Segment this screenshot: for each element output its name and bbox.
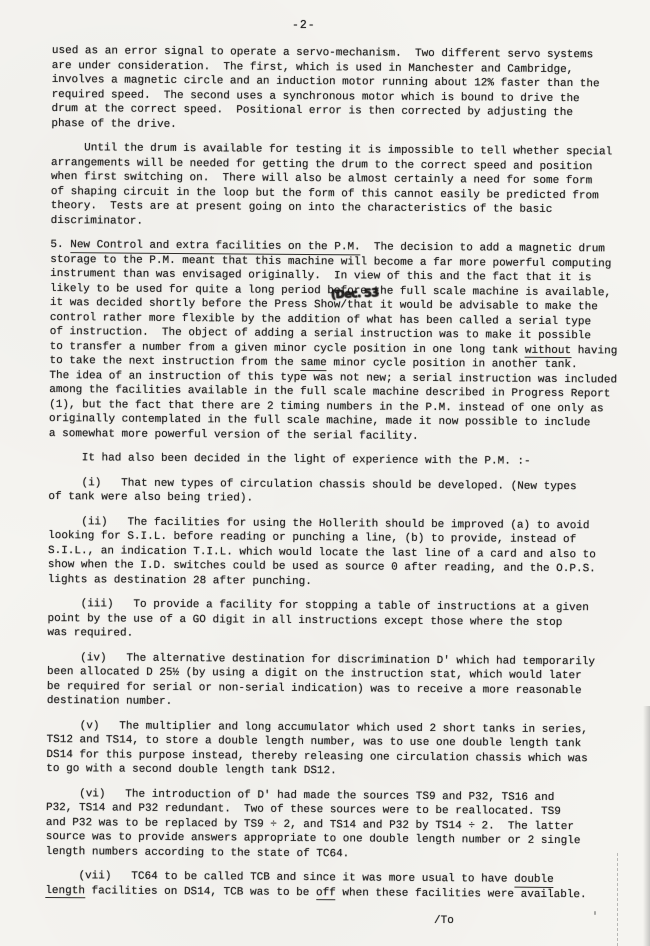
text-segment: minor cycle position in another tank.: [327, 357, 578, 371]
underlined-text: without: [525, 344, 571, 358]
paragraph: (vii) TC64 to be called TCB and since it…: [45, 869, 627, 903]
ink-speck: [594, 911, 596, 915]
text-segment: when these facilities were available.: [336, 887, 587, 901]
paragraph: It had also been decided in the light of…: [49, 451, 631, 470]
underlined-text: off: [316, 887, 336, 901]
text-segment: discriminator.: [51, 214, 144, 227]
text-segment: having: [571, 345, 617, 357]
text-segment: theory. Tests are at present going on in…: [51, 200, 553, 216]
paragraph: (vi) The introduction of D' had made the…: [46, 786, 629, 863]
text-segment: to go with a second double length tank D…: [46, 763, 337, 777]
catchword: /To: [434, 915, 454, 927]
paragraph: (iv) The alternative destination for dis…: [47, 650, 629, 713]
handwritten-annotation: (Dec. 53: [331, 286, 379, 301]
text-segment: phase of the drive.: [51, 117, 177, 130]
paragraph: used as an error signal to operate a ser…: [51, 44, 634, 136]
paragraph: (ii) The facilities for using the Holler…: [48, 514, 631, 591]
text-segment: lights as destination 28 after punching.: [48, 573, 312, 587]
text-segment: (vii) TC64 to be called TCB and since it…: [45, 870, 514, 886]
text-segment: a somewhat more powerful version of the …: [49, 427, 419, 442]
text-segment: It had also been decided in the light of…: [49, 452, 531, 468]
text-line: It had also been decided in the light of…: [49, 451, 631, 470]
document-body: used as an error signal to operate a ser…: [45, 44, 634, 903]
paragraph: (iii) To provide a facility for stopping…: [47, 597, 629, 645]
underlined-text: double: [514, 874, 554, 888]
underlined-text: length: [45, 884, 85, 898]
underlined-text: same: [300, 357, 327, 371]
text-segment: was required.: [47, 627, 133, 640]
page-edge-shadow: [643, 706, 650, 946]
page-number: -2-: [292, 19, 316, 32]
document-page: -2- used as an error signal to operate a…: [0, 0, 650, 946]
text-segment: to take the next instruction from the: [49, 355, 300, 369]
text-segment: 5.: [50, 239, 70, 251]
text-segment: destination number.: [47, 695, 173, 708]
paragraph: 5. New Control and extra facilities on t…: [49, 238, 633, 446]
text-segment: The decision to add a magnetic drum: [361, 241, 605, 255]
text-segment: facilities on DS14, TCB was to be: [85, 885, 316, 899]
text-segment: of tank were also being tried).: [48, 491, 253, 505]
paragraph: Until the drum is available for testing …: [51, 141, 634, 233]
text-segment: length numbers according to the state of…: [46, 845, 350, 859]
paragraph: (i) That new types of circulation chassi…: [48, 475, 630, 509]
paragraph: (v) The multiplier and long accumulator …: [46, 718, 628, 781]
right-margin-fold-line: [617, 853, 618, 946]
